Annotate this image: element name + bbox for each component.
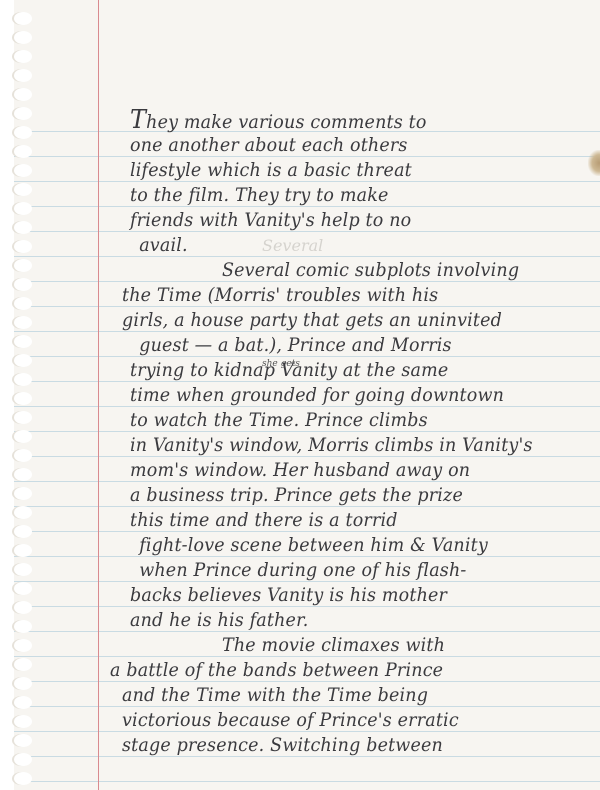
spiral-hole [14, 468, 32, 481]
spiral-hole [14, 544, 32, 557]
spiral-hole [14, 259, 32, 272]
spiral-hole [14, 620, 32, 633]
spiral-hole [14, 639, 32, 652]
spiral-hole [14, 164, 32, 177]
spiral-hole [14, 354, 32, 367]
text-line: victorious because of Prince's erratic [122, 708, 557, 733]
text-line: backs believes Vanity is his mother [130, 583, 558, 608]
text-line: Several comic subplots involving [130, 258, 558, 283]
text-line: this time and there is a torrid [130, 508, 558, 533]
spiral-hole [14, 677, 32, 690]
text-line: to watch the Time. Prince climbs [130, 408, 558, 433]
spiral-holes [0, 0, 32, 790]
spiral-hole [14, 221, 32, 234]
spiral-hole [14, 31, 32, 44]
spiral-hole [14, 240, 32, 253]
text-line: They make various comments to [130, 108, 558, 133]
spiral-hole [14, 12, 32, 25]
text-line: friends with Vanity's help to no [130, 208, 558, 233]
notebook-page: Several she gets They make various comme… [0, 0, 600, 790]
text-line: one another about each others [130, 133, 558, 158]
spiral-hole [14, 487, 32, 500]
spiral-hole [14, 772, 32, 785]
spiral-hole [14, 316, 32, 329]
spiral-hole [14, 392, 32, 405]
text-line: trying to kidnap Vanity at the same [130, 358, 558, 383]
text-line: and the Time with the Time being [122, 683, 557, 708]
spiral-hole [14, 601, 32, 614]
text-line: a business trip. Prince gets the prize [130, 483, 558, 508]
spiral-hole [14, 335, 32, 348]
spiral-hole [14, 411, 32, 424]
text-line: girls, a house party that gets an uninvi… [122, 308, 557, 333]
text-line: in Vanity's window, Morris climbs in Van… [130, 433, 558, 458]
handwritten-text: They make various comments to one anothe… [130, 108, 595, 758]
text-line: stage presence. Switching between [122, 733, 557, 758]
spiral-hole [14, 183, 32, 196]
spiral-hole [14, 107, 32, 120]
spiral-hole [14, 202, 32, 215]
spiral-hole [14, 145, 32, 158]
text-line: and he is his father. [130, 608, 558, 633]
spiral-hole [14, 525, 32, 538]
spiral-hole [14, 373, 32, 386]
spiral-hole [14, 696, 32, 709]
text-line: The movie climaxes with [130, 633, 558, 658]
text-line: to the film. They try to make [130, 183, 558, 208]
text-line: avail. [130, 233, 558, 258]
spiral-hole [14, 582, 32, 595]
text-line: the Time (Morris' troubles with his [122, 283, 557, 308]
spiral-hole [14, 715, 32, 728]
spiral-hole [14, 50, 32, 63]
text-line: lifestyle which is a basic threat [130, 158, 558, 183]
text-line: a battle of the bands between Prince [110, 658, 556, 683]
text-line: when Prince during one of his flash- [130, 558, 558, 583]
spiral-hole [14, 278, 32, 291]
top-margin [0, 0, 600, 107]
spiral-hole [14, 126, 32, 139]
spiral-hole [14, 753, 32, 766]
text-line: guest — a bat.), Prince and Morris [130, 333, 558, 358]
spiral-hole [14, 449, 32, 462]
spiral-hole [14, 88, 32, 101]
text-line: fight-love scene between him & Vanity [130, 533, 558, 558]
spiral-hole [14, 563, 32, 576]
red-margin-line [98, 0, 99, 790]
spiral-hole [14, 297, 32, 310]
spiral-hole [14, 506, 32, 519]
spiral-hole [14, 734, 32, 747]
spiral-hole [14, 430, 32, 443]
spiral-hole [14, 69, 32, 82]
text-line: mom's window. Her husband away on [130, 458, 558, 483]
text-line: time when grounded for going downtown [130, 383, 558, 408]
spiral-hole [14, 658, 32, 671]
